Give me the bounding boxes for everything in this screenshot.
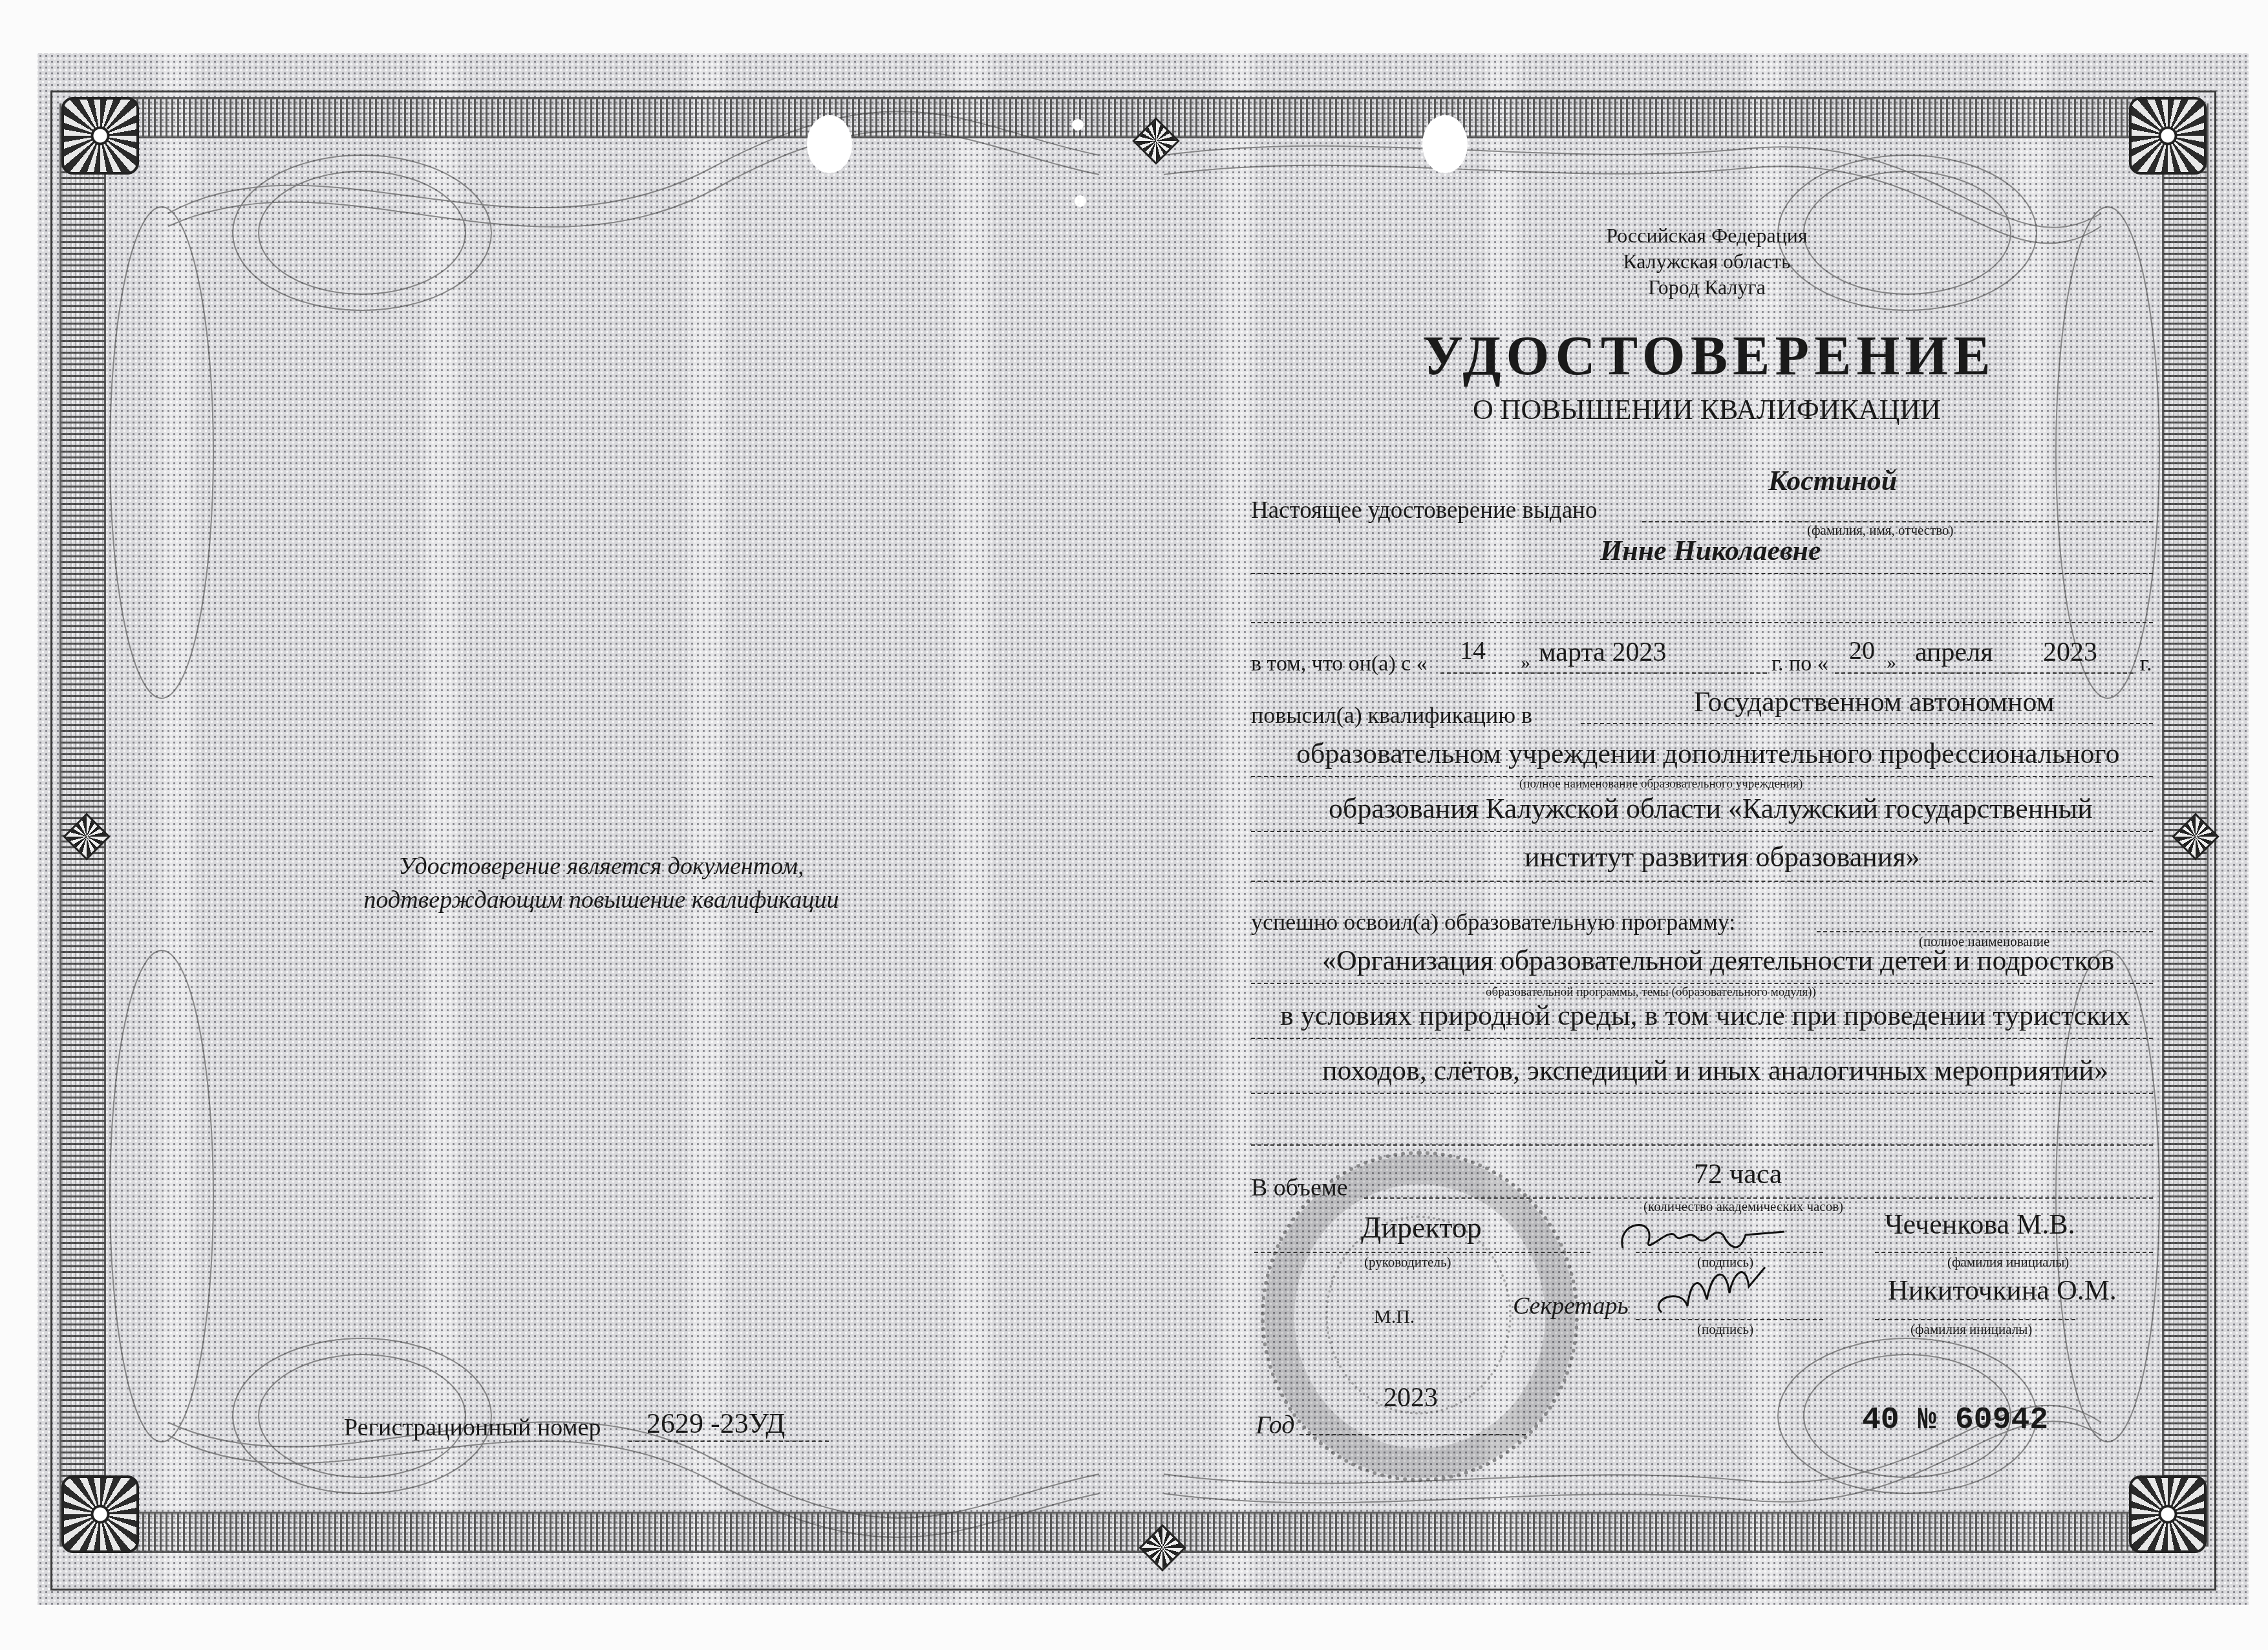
institution-underline-1 (1581, 723, 2153, 724)
recipient-name-patronymic: Инне Николаевне (1600, 534, 1821, 567)
blank-underline (1251, 622, 2153, 623)
institution-label: повысил(а) квалификацию в (1251, 702, 1532, 729)
institution-underline-3 (1251, 831, 2153, 832)
director-signature-underline (1636, 1252, 1823, 1253)
issued-to-label: Настоящее удостоверение выдано (1251, 497, 1597, 524)
period-from-month-year: марта 2023 (1539, 637, 1666, 668)
registration-number: 2629 -23УД (647, 1407, 785, 1440)
program-label: успешно освоил(а) образовательную програ… (1251, 908, 1735, 936)
period-to-month: апреля (1915, 637, 1993, 668)
year-value: 2023 (1384, 1382, 1438, 1413)
director-role-hint: (руководитель) (1364, 1254, 1451, 1270)
secretary-signature-underline (1636, 1319, 1823, 1320)
director-name-underline (1875, 1252, 2153, 1253)
period-to-year: 2023 (2043, 637, 2097, 668)
institution-line4: институт развития образования» (1524, 841, 1920, 873)
period-close-quote-2: » (1887, 652, 1896, 674)
punch-hole (1075, 195, 1086, 207)
corner-star-ornament (2129, 1475, 2207, 1553)
left-note-line2: подтверждающим повышение квалификации (278, 886, 925, 914)
punch-hole (1422, 115, 1468, 173)
document-subtitle: О ПОВЫШЕНИИ КВАЛИФИКАЦИИ (1422, 393, 1991, 426)
secretary-name-underline (1875, 1319, 2075, 1320)
header-country: Российская Федерация (1565, 223, 1849, 248)
serial-number: 40 № 60942 (1862, 1403, 2048, 1438)
volume-label: В объеме (1251, 1173, 1348, 1202)
period-prefix: в том, что он(а) с « (1251, 652, 1428, 676)
director-role-underline (1254, 1252, 1590, 1253)
stamp-label: М.П. (1374, 1306, 1415, 1328)
period-to-day: 20 (1849, 635, 1875, 665)
punch-hole (1072, 119, 1084, 131)
period-year-suffix-from: г. по « (1771, 652, 1828, 676)
program-underline-3 (1251, 1093, 2153, 1094)
year-label: Год (1256, 1409, 1294, 1440)
left-note-line1: Удостоверение является документом, (278, 852, 925, 881)
program-underline-2 (1251, 1038, 2153, 1039)
period-close-quote: » (1521, 652, 1530, 674)
institution-hint: (полное наименование образовательного уч… (1519, 777, 1803, 791)
program-line3: походов, слётов, экспедиций и иных анало… (1322, 1054, 2108, 1087)
registration-label: Регистрационный номер (344, 1413, 601, 1442)
to-date-underline (1835, 672, 2134, 674)
program-underline-4 (1251, 1144, 2153, 1146)
punch-hole (807, 115, 852, 173)
secretary-signature-hint: (подпись) (1697, 1322, 1753, 1338)
volume-value: 72 часа (1694, 1157, 1782, 1190)
period-from-day: 14 (1460, 635, 1486, 665)
institution-line1: Государственном автономном (1694, 685, 2055, 718)
year-underline (1300, 1434, 1526, 1435)
director-role: Директор (1361, 1210, 1482, 1245)
secretary-role: Секретарь (1513, 1292, 1629, 1320)
program-underline-0 (1817, 931, 2153, 932)
program-line2: в условиях природной среды, в том числе … (1280, 999, 2130, 1032)
name-underline (1251, 573, 2153, 574)
institution-underline-4 (1251, 881, 2153, 882)
recipient-hint: (фамилия, имя, отчество) (1807, 522, 1954, 539)
secretary-name: Никиточкина О.М. (1888, 1274, 2117, 1307)
program-underline-1 (1251, 983, 2153, 984)
recipient-surname: Костиной (1768, 464, 1897, 497)
header-city: Город Калуга (1565, 275, 1849, 299)
director-name-hint: (фамилия инициалы) (1947, 1254, 2069, 1270)
corner-star-ornament (61, 97, 139, 175)
program-line1: «Организация образовательной деятельност… (1322, 944, 2114, 977)
from-date-underline (1440, 672, 1767, 674)
program-hint-2: образовательной программы, темы (образов… (1486, 985, 1816, 1000)
institution-line2: образовательном учреждении дополнительно… (1296, 737, 2120, 770)
registration-underline (628, 1441, 829, 1442)
secretary-name-hint: (фамилия инициалы) (1910, 1322, 2032, 1338)
director-name: Чеченкова М.В. (1885, 1208, 2075, 1241)
corner-star-ornament (2129, 97, 2207, 175)
period-year-suffix-to: г. (2140, 652, 2152, 676)
document-title: УДОСТОВЕРЕНИЕ (1422, 323, 1991, 388)
institution-line3: образования Калужской области «Калужский… (1329, 792, 2093, 825)
header-region: Калужская область (1565, 249, 1849, 273)
secretary-signature (1642, 1254, 1771, 1325)
corner-star-ornament (61, 1475, 139, 1553)
